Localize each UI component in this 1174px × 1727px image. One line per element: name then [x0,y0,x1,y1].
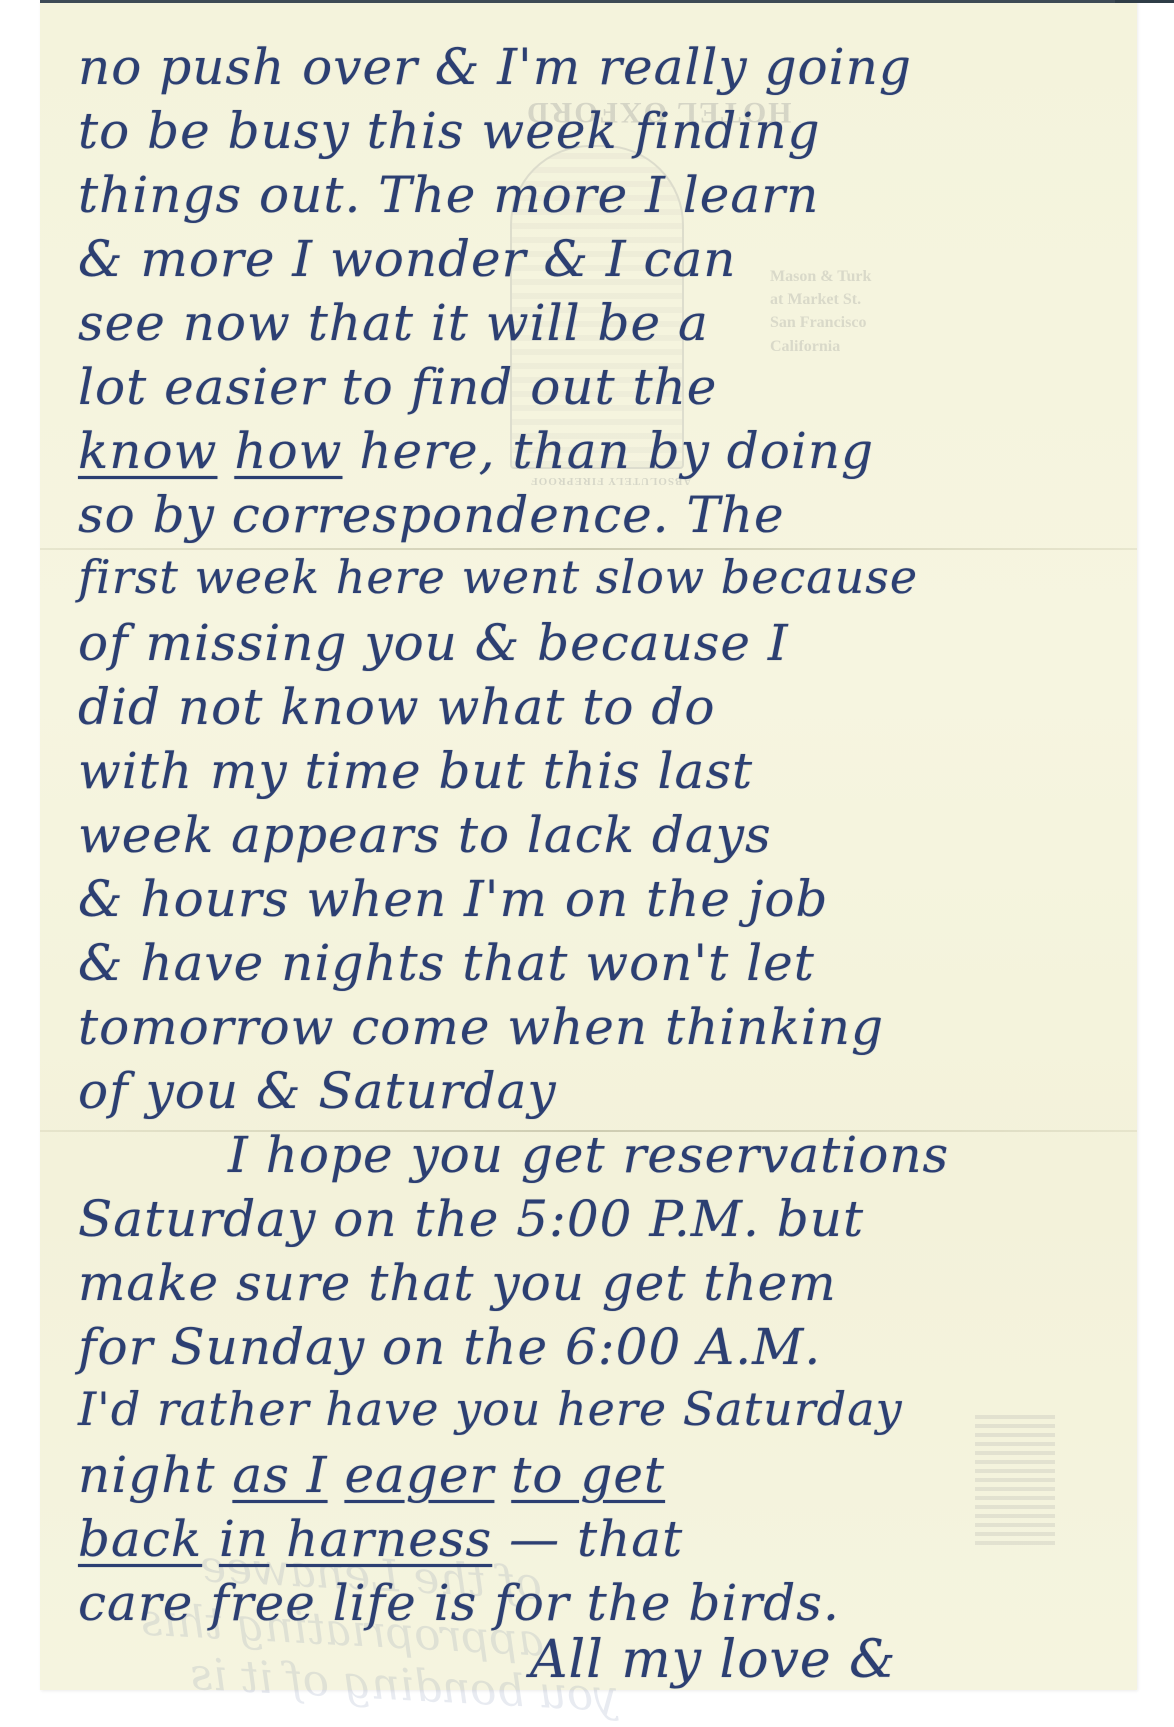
letter-line-start: night [78,1446,216,1504]
letter-line: with my time but this last [78,742,753,800]
underlined-word: eager [344,1446,494,1504]
reverse-letterhead-stamp [975,1415,1055,1545]
underlined-word: harness [286,1510,492,1568]
letter-line: did not know what to do [78,678,715,736]
letter-line: so by correspondence. The [78,486,785,544]
letter-line: week appears to lack days [78,806,772,864]
letter-line: Saturday on the 5:00 P.M. but [78,1190,864,1248]
underlined-word: as I [232,1446,327,1504]
letter-line: things out. The more I learn [78,166,819,224]
valediction: All my love & [530,1630,896,1690]
letter-line: for Sunday on the 6:00 A.M. [78,1318,821,1376]
underlined-word: how [234,422,342,480]
letter-line: of missing you & because I [78,614,789,672]
underlined-word: know [78,422,217,480]
letter-line-underlined: back in harness — that [78,1510,683,1568]
letter-line: care free life is for the birds. [78,1574,840,1632]
letter-line: no push over & I'm really going [78,38,912,96]
letter-line: & have nights that won't let [78,934,815,992]
letter-line: of you & Saturday [78,1062,557,1120]
letter-line: to be busy this week finding [78,102,821,160]
letter-line-underlined: night as I eager to get [78,1446,665,1504]
letter-line: I'd rather have you here Saturday [78,1382,903,1436]
letter-line-rest: — that [509,1510,683,1568]
underlined-word: in [219,1510,269,1568]
letter-line-underlined: know how here, than by doing [78,422,874,480]
letter-line: & hours when I'm on the job [78,870,828,928]
letter-line: I hope you get reservations [228,1126,949,1184]
letter-line: first week here went slow because [78,550,918,604]
letter-line: & more I wonder & I can [78,230,737,288]
letterhead-address: Mason & Turk at Market St. San Francisco… [770,265,871,358]
underlined-word: to get [511,1446,665,1504]
page-top-edge [40,0,1137,3]
letter-line: see now that it will be a [78,294,709,352]
letter-line: tomorrow come when thinking [78,998,884,1056]
scanner-edge [1115,0,1174,3]
letter-line: make sure that you get them [78,1254,837,1312]
underlined-word: back [78,1510,202,1568]
letter-line-rest: here, than by doing [359,422,874,480]
letter-line: lot easier to find out the [78,358,717,416]
